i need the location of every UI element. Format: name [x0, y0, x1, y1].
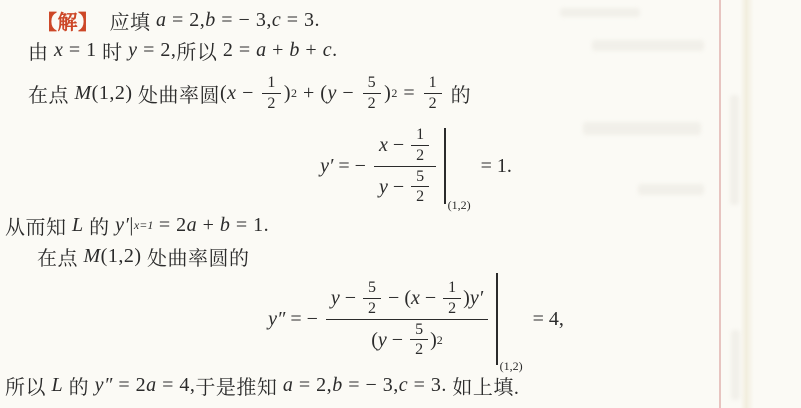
fraction-numerator: 1	[411, 126, 429, 146]
vertical-bar	[444, 128, 446, 204]
text-segment: 处曲率圆的	[147, 242, 250, 271]
vertical-bar	[496, 273, 498, 365]
bleed-through-smudge	[592, 40, 704, 51]
text-segment: )	[463, 287, 470, 309]
text-segment: L	[72, 214, 84, 237]
solution-line-5: 在点 M(1,2) 处曲率圆的	[37, 242, 250, 270]
fraction-numerator: 5	[410, 321, 428, 341]
text-segment: y	[331, 287, 340, 309]
text-segment: = 2,	[138, 39, 177, 62]
text-segment: =	[398, 82, 421, 105]
text-segment: 时	[102, 36, 128, 65]
fraction-denominator: 2	[363, 94, 382, 113]
text-segment: (1,2)	[101, 245, 147, 268]
solution-line-1: 【解】 应填 a = 2,b = − 3,c = 3.	[37, 6, 320, 34]
text-segment: y	[128, 39, 137, 62]
text-segment: −	[388, 134, 409, 156]
text-segment: M	[75, 82, 92, 105]
text-segment: 从而知	[5, 211, 72, 240]
text-segment: 5	[368, 279, 376, 297]
text-segment: 5	[416, 168, 424, 186]
display-formula-2: y″ = − y − 52 − (x − 12)y′(y − 52)2(1,2)…	[58, 270, 774, 368]
text-segment: = − 3,	[216, 9, 272, 32]
fraction-denominator: 2	[262, 94, 281, 113]
text-segment: y′	[115, 214, 129, 237]
text-segment: x	[227, 82, 236, 105]
text-segment: = 2	[153, 214, 186, 237]
text-segment: −	[340, 287, 361, 309]
text-segment: .	[332, 39, 338, 62]
text-segment: = 4,	[157, 374, 196, 397]
text-segment: b	[205, 9, 216, 32]
text-segment: 处曲率圆	[138, 79, 220, 108]
bleed-through-smudge	[583, 122, 701, 135]
text-segment: a	[156, 9, 167, 32]
fraction: y − 52 − (x − 12)y′(y − 52)2	[326, 279, 488, 360]
fraction-numerator: 1	[262, 74, 281, 94]
text-segment: L	[52, 374, 64, 397]
solution-line-6: 所以 L 的 y″ = 2a = 4,于是推知 a = 2,b = − 3,c …	[5, 370, 519, 400]
text-segment: = 2	[113, 374, 146, 397]
text-segment: 1	[429, 74, 438, 92]
solution-line-3: 在点 M(1,2) 处曲率圆(x − 12)2 + (y − 52)2 = 12…	[28, 68, 471, 118]
fraction-numerator: x − 12	[374, 126, 436, 167]
text-segment: )	[430, 329, 437, 351]
bleed-through-smudge	[560, 8, 640, 17]
text-segment: + (	[298, 82, 328, 105]
text-segment: 的	[445, 79, 471, 108]
fraction-numerator: 5	[363, 279, 381, 299]
fraction-denominator: 2	[411, 187, 429, 206]
fraction-denominator: 2	[363, 299, 381, 318]
text-segment: = 1	[63, 39, 102, 62]
text-segment: y	[378, 329, 387, 351]
text-segment: a	[256, 39, 267, 62]
text-segment: 在点	[28, 79, 75, 108]
text-segment: = 2,	[167, 9, 206, 32]
fraction: 52	[410, 321, 428, 360]
text-segment: = 2,	[293, 374, 332, 397]
fraction: 12	[424, 74, 443, 113]
fraction: x − 12y − 52	[374, 126, 436, 207]
text-segment: (1,2)	[92, 82, 138, 105]
fraction-denominator: 2	[424, 94, 443, 113]
text-segment: y′	[470, 287, 483, 309]
text-segment: 于是推知	[195, 371, 283, 400]
fraction: 52	[363, 279, 381, 318]
text-segment: 1	[448, 279, 456, 297]
text-segment: 【解】	[37, 6, 99, 35]
text-segment: x	[54, 39, 63, 62]
text-segment: )	[384, 82, 391, 105]
evaluation-point-subscript: (1,2)	[448, 198, 471, 213]
text-segment: 所以	[5, 371, 52, 400]
text-segment: x	[411, 287, 420, 309]
text-segment: b	[220, 214, 231, 237]
text-segment: −	[237, 82, 260, 105]
text-segment: 2	[368, 300, 376, 318]
text-segment: b	[289, 39, 300, 62]
text-segment: 在点	[37, 242, 84, 271]
fraction: 52	[363, 74, 382, 113]
text-segment: 的	[63, 371, 95, 400]
fraction-numerator: 1	[424, 74, 443, 94]
text-segment: = −	[285, 308, 323, 331]
fraction: 12	[262, 74, 281, 113]
text-segment: c	[272, 9, 281, 32]
fraction: 12	[443, 279, 461, 318]
text-segment: y′	[320, 155, 333, 178]
text-segment: M	[84, 245, 101, 268]
text-segment: y	[379, 176, 388, 198]
evaluation-bar: (1,2)	[496, 273, 523, 365]
text-segment: 2	[448, 300, 456, 318]
text-segment: b	[332, 374, 343, 397]
text-segment: 2	[267, 95, 276, 113]
text-segment: = 1.	[230, 214, 269, 237]
fraction: 52	[411, 168, 429, 207]
text-segment: 2	[416, 147, 424, 165]
text-segment: = 3.	[408, 374, 452, 397]
text-segment: 如上填.	[452, 371, 519, 400]
text-segment: 2 =	[223, 39, 256, 62]
text-segment: a	[146, 374, 157, 397]
text-segment: 所以	[176, 36, 223, 65]
text-segment: 5	[368, 74, 377, 92]
text-segment: +	[300, 39, 323, 62]
text-segment: c	[323, 39, 332, 62]
text-segment: 的	[84, 211, 116, 240]
text-segment: x	[379, 134, 388, 156]
text-segment: − (	[383, 287, 411, 309]
fraction-numerator: 5	[363, 74, 382, 94]
text-segment: 2	[415, 341, 423, 359]
text-segment: +	[197, 214, 220, 237]
text-segment: = 4,	[523, 308, 564, 331]
fraction-numerator: 5	[411, 168, 429, 188]
text-segment: +	[267, 39, 290, 62]
display-formula-1: y′ = − x − 12y − 52(1,2) = 1.	[58, 124, 774, 208]
page-gutter-shadow	[740, 0, 754, 408]
solution-line-4: 从而知 L 的 y′|x=1 = 2a + b = 1.	[5, 210, 269, 240]
bleed-through-smudge	[638, 184, 704, 195]
bleed-through-smudge	[730, 95, 739, 205]
text-segment: −	[420, 287, 441, 309]
text-segment: −	[387, 329, 408, 351]
text-segment: a	[187, 214, 198, 237]
margin-rule-line	[719, 0, 721, 408]
text-segment: 5	[415, 321, 423, 339]
text-segment: = 1.	[471, 155, 512, 178]
text-segment: = −	[333, 155, 371, 178]
scanned-textbook-page: 【解】 应填 a = 2,b = − 3,c = 3. 由 x = 1 时 y …	[0, 0, 801, 408]
fraction-denominator: y − 52	[374, 167, 436, 207]
text-segment: 2	[368, 95, 377, 113]
text-segment: −	[337, 82, 360, 105]
text-segment: 1	[267, 74, 276, 92]
text-segment: a	[283, 374, 294, 397]
text-segment: )	[284, 82, 291, 105]
text-segment: 应填	[99, 6, 157, 35]
text-segment: y″	[95, 374, 113, 397]
text-segment: = − 3,	[343, 374, 399, 397]
text-segment: y	[327, 82, 336, 105]
text-segment: c	[399, 374, 408, 397]
text-segment: 2	[416, 188, 424, 206]
solution-line-2: 由 x = 1 时 y = 2,所以 2 = a + b + c.	[28, 36, 338, 64]
fraction: 12	[411, 126, 429, 165]
text-segment: (	[371, 329, 378, 351]
fraction-denominator: 2	[443, 299, 461, 318]
fraction-denominator: 2	[410, 340, 428, 359]
text-segment: y″	[268, 308, 285, 331]
fraction-denominator: (y − 52)2	[366, 320, 448, 360]
fraction-numerator: 1	[443, 279, 461, 299]
text-segment: 2	[429, 95, 438, 113]
fraction-denominator: 2	[411, 146, 429, 165]
text-segment: 由	[28, 36, 54, 65]
evaluation-bar: (1,2)	[444, 128, 471, 204]
text-segment: 1	[416, 126, 424, 144]
text-segment: −	[388, 176, 409, 198]
bleed-through-smudge	[731, 330, 740, 400]
text-segment: = 3.	[281, 9, 320, 32]
fraction-numerator: y − 52 − (x − 12)y′	[326, 279, 488, 320]
